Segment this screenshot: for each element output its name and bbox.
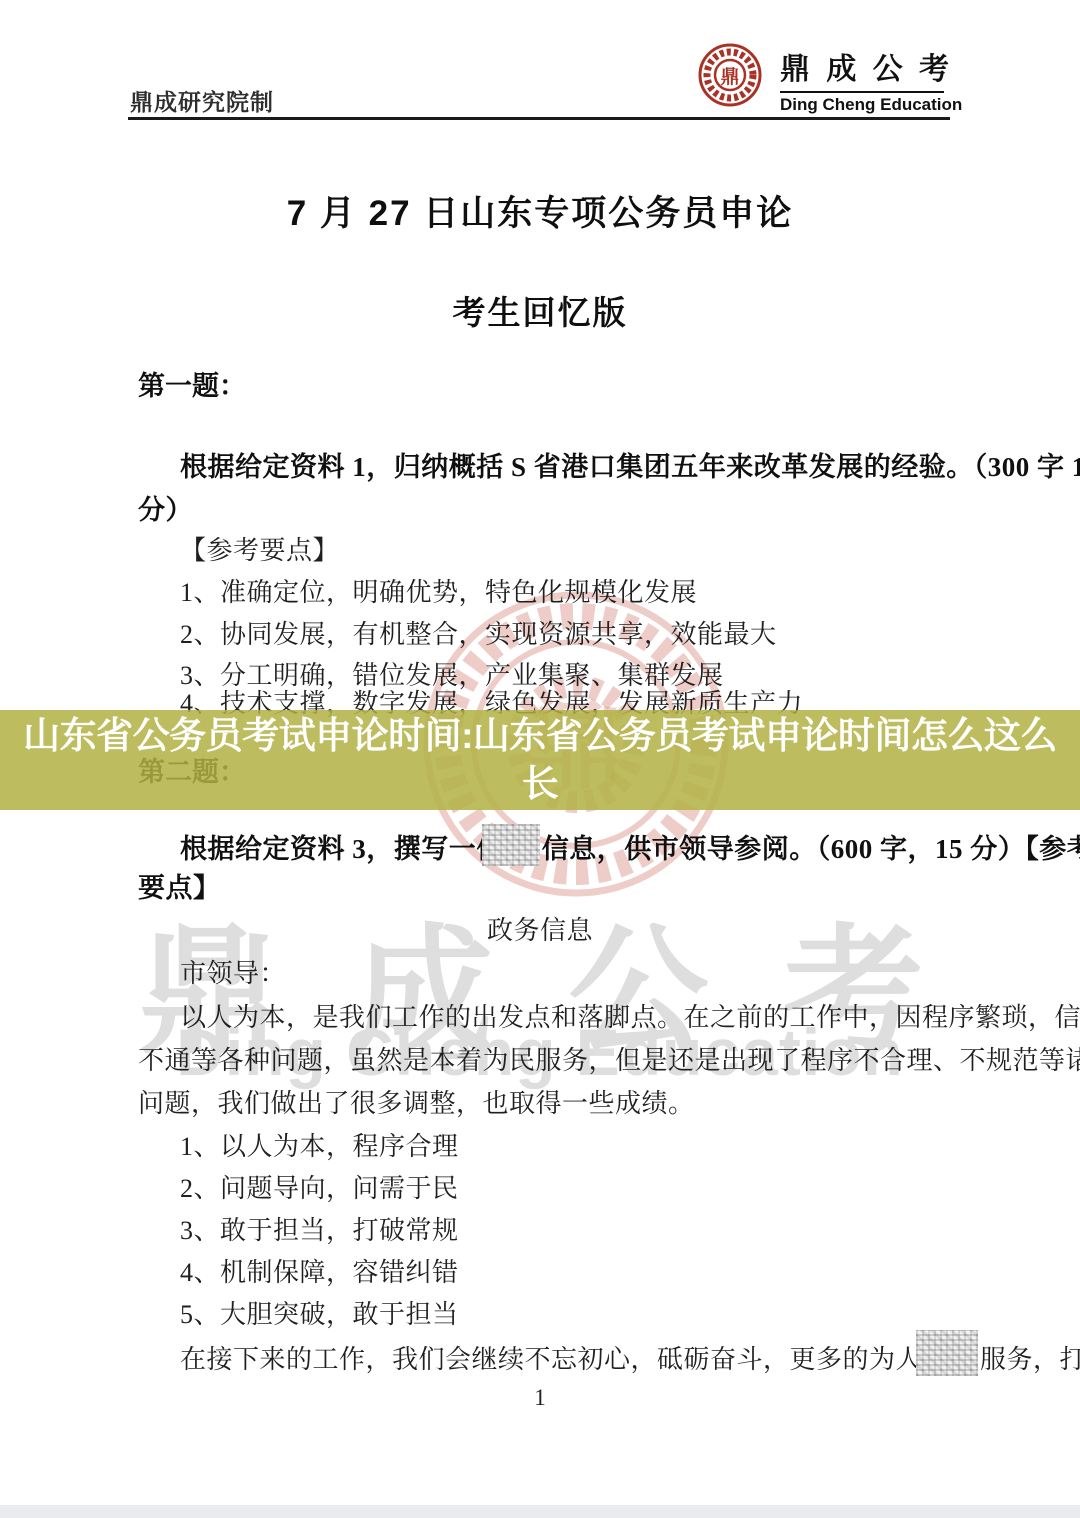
censor-mosaic <box>482 824 540 866</box>
section2-point: 3、敢于担当，打破常规 <box>180 1210 459 1247</box>
page-title: 7 月 27 日山东专项公务员申论 <box>0 186 1080 236</box>
section1-point: 2、协同发展，有机整合，实现资源共享，效能最大 <box>180 614 777 651</box>
banner-text-line1: 山东省公务员考试申论时间:山东省公务员考试申论时间怎么这么 <box>23 712 1057 760</box>
memo-closing-line: 在接下来的工作，我们会继续不忘初心，砥砺奋斗，更多的为人 服务，打 <box>180 1330 1080 1376</box>
svg-text:鼎: 鼎 <box>720 66 739 88</box>
memo-paragraph-line: 不通等各种问题，虽然是本着为民服务，但是还是出现了程序不合理、不规范等诸多 <box>138 1040 1080 1077</box>
section2-point: 1、以人为本，程序合理 <box>180 1126 459 1163</box>
section1-stem-line1: 根据给定资料 1，归纳概括 S 省港口集团五年来改革发展的经验。（300 字 1… <box>180 445 1080 484</box>
page-subtitle: 考生回忆版 <box>0 287 1080 334</box>
section2-point: 2、问题导向，问需于民 <box>180 1168 459 1205</box>
bottom-strip <box>0 1505 1080 1518</box>
section1-stem-line2: 分） <box>138 488 193 527</box>
censor-mosaic <box>916 1330 978 1376</box>
header-rule <box>128 117 950 120</box>
document-page: 鼎 鼎 成 公 考 Ding Cheng Education 鼎成研究院制 鼎 … <box>0 0 1080 1518</box>
brand-name-english: Ding Cheng Education <box>780 95 950 115</box>
section1-ref-label: 【参考要点】 <box>180 530 339 567</box>
brand-logo-text: 鼎 成 公 考 Ding Cheng Education <box>780 44 950 115</box>
section1-point: 1、准确定位，明确优势，特色化规模化发展 <box>180 572 697 609</box>
section1-heading: 第一题： <box>138 364 246 403</box>
section2-stem-pre: 根据给定资料 3，撰写一份 <box>180 827 504 866</box>
brand-seal-icon: 鼎 <box>698 36 762 114</box>
logo-divider <box>780 91 944 93</box>
section2-stem-post: 信息，供市领导参阅。（600 字，15 分）【参考 <box>542 827 1080 866</box>
closing-pre: 在接下来的工作，我们会继续不忘初心，砥砺奋斗，更多的为人 <box>180 1339 922 1376</box>
section2-stem-line1: 根据给定资料 3，撰写一份 信息，供市领导参阅。（600 字，15 分）【参考 <box>180 824 1080 866</box>
memo-title: 政务信息 <box>0 910 1080 947</box>
memo-paragraph-line: 问题，我们做出了很多调整，也取得一些成绩。 <box>138 1083 695 1120</box>
section2-stem-line2: 要点】 <box>138 866 221 905</box>
section2-point: 4、机制保障，容错纠错 <box>180 1252 459 1289</box>
page-number: 1 <box>0 1385 1080 1411</box>
memo-paragraph-line: 以人为本，是我们工作的出发点和落脚点。在之前的工作中，因程序繁琐，信息 <box>180 997 1080 1034</box>
header-issuer: 鼎成研究院制 <box>130 84 274 117</box>
memo-salutation: 市领导： <box>180 953 286 990</box>
brand-name-chinese: 鼎 成 公 考 <box>780 44 950 88</box>
closing-post: 服务，打 <box>980 1339 1080 1376</box>
banner-text-line2: 长 <box>522 760 559 808</box>
section2-point: 5、大胆突破，敢于担当 <box>180 1294 459 1331</box>
seo-overlay-banner: 山东省公务员考试申论时间:山东省公务员考试申论时间怎么这么 长 <box>0 710 1080 810</box>
